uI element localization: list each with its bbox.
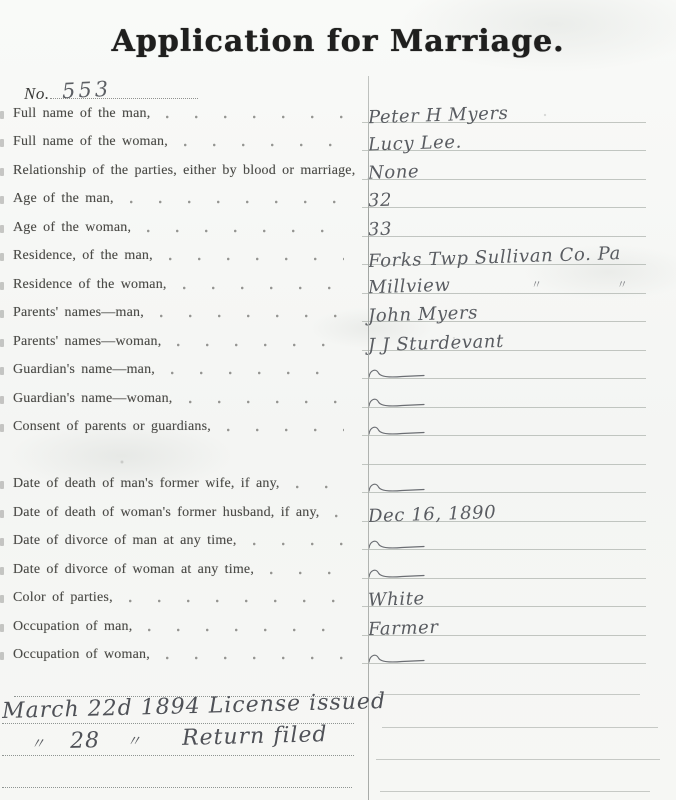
blank-flourish-mark <box>366 423 428 438</box>
footer-section: March 22d 1894 License issued 〃28〃Return… <box>0 672 676 800</box>
question-cell: Residence, of the man, <box>0 249 356 270</box>
ruled-line <box>380 791 650 792</box>
row-number-mark <box>0 109 13 121</box>
form-row: Relationship of the parties, either by b… <box>0 156 676 185</box>
page-title: Application for Marriage. <box>0 24 676 59</box>
answer-value: 33 <box>368 218 393 240</box>
answer-cell <box>356 413 676 442</box>
ditto-mark: 〃 <box>30 734 46 752</box>
field-label: Guardian's name—man, <box>13 363 155 377</box>
answer-ruled-line <box>362 464 646 465</box>
answer-cell: Lucy Lee. <box>356 128 676 157</box>
ruled-line <box>2 787 352 788</box>
answer-value: Lucy Lee. <box>368 132 463 156</box>
answer-cell <box>356 470 676 499</box>
dotted-leader <box>169 256 344 262</box>
blank-flourish-mark <box>366 480 428 495</box>
form-row: Date of divorce of man at any time, <box>0 527 676 556</box>
field-label: Occupation of man, <box>13 620 132 634</box>
question-cell: Guardian's name—woman, <box>0 392 356 413</box>
row-number-mark <box>0 251 13 263</box>
field-label: Full name of the woman, <box>13 135 168 149</box>
answer-value: J J Sturdevant <box>368 330 505 355</box>
field-label: Date of divorce of man at any time, <box>13 534 237 548</box>
form-row: Date of divorce of woman at any time, <box>0 555 676 584</box>
field-label: Date of divorce of woman at any time, <box>13 563 254 577</box>
answer-cell: None <box>356 156 676 185</box>
field-label: Date of death of woman's former husband,… <box>13 506 319 520</box>
form-row: Residence, of the man, Forks Twp Sulliva… <box>0 242 676 271</box>
answer-value: Dec 16, 1890 <box>368 501 497 526</box>
field-label: Consent of parents or guardians, <box>13 420 211 434</box>
form-row: Date of death of man's former wife, if a… <box>0 470 676 499</box>
question-cell: Relationship of the parties, either by b… <box>0 164 356 185</box>
row-number-mark <box>0 166 13 178</box>
form-row: Occupation of man, Farmer <box>0 612 676 641</box>
dotted-leader <box>166 655 344 661</box>
ditto-marks: 〃 〃 <box>531 276 628 292</box>
ruled-line <box>378 694 640 695</box>
form-row: Age of the man, 32 <box>0 185 676 214</box>
form-row: Parents' names—man, John Myers <box>0 299 676 328</box>
question-cell: Date of divorce of man at any time, <box>0 534 356 555</box>
question-cell: Occupation of woman, <box>0 648 356 669</box>
row-number-mark <box>0 137 13 149</box>
field-label: Occupation of woman, <box>13 648 150 662</box>
license-issued-note: March 22d 1894 License issued <box>2 689 387 724</box>
answer-value: None <box>368 161 420 184</box>
blank-flourish-mark <box>366 651 428 666</box>
answer-cell: Millview 〃 〃 <box>356 270 676 299</box>
dotted-leader <box>166 114 344 120</box>
dotted-leader <box>183 285 344 291</box>
dotted-leader <box>148 627 344 633</box>
answer-cell <box>356 441 676 470</box>
field-label: Residence of the woman, <box>13 278 167 292</box>
answer-cell: J J Sturdevant <box>356 327 676 356</box>
dotted-leader <box>189 399 345 405</box>
form-row: Full name of the woman, Lucy Lee. <box>0 128 676 157</box>
dotted-leader <box>171 370 344 376</box>
row-number-mark <box>0 650 13 662</box>
blank-flourish-mark <box>366 566 428 581</box>
form-row: Date of death of woman's former husband,… <box>0 498 676 527</box>
blank-flourish-mark <box>366 395 428 410</box>
field-label: Full name of the man, <box>13 107 150 121</box>
return-filed-note: 〃28〃Return filed <box>30 722 328 755</box>
dotted-leader <box>253 541 344 547</box>
row-number-mark <box>0 365 13 377</box>
dotted-leader <box>335 513 344 519</box>
answer-value: White <box>368 588 425 611</box>
answer-cell <box>356 641 676 670</box>
blank-flourish-mark <box>366 366 428 381</box>
answer-ruled-line <box>362 207 646 208</box>
form-row: Consent of parents or guardians, <box>0 413 676 442</box>
form-row: Age of the woman, 33 <box>0 213 676 242</box>
form-row: Occupation of woman, <box>0 641 676 670</box>
marriage-application-document: Application for Marriage. No.553 Full na… <box>0 0 676 800</box>
answer-cell: Farmer <box>356 612 676 641</box>
question-cell: Parents' names—woman, <box>0 335 356 356</box>
form-row: Parents' names—woman, J J Sturdevant <box>0 327 676 356</box>
answer-cell <box>356 356 676 385</box>
answer-cell <box>356 527 676 556</box>
question-cell: Full name of the woman, <box>0 135 356 156</box>
answer-value: Peter H Myers <box>368 102 509 127</box>
question-cell: Occupation of man, <box>0 620 356 641</box>
ditto-mark: 〃 <box>126 732 142 750</box>
return-filed-text: Return filed <box>182 722 328 751</box>
answer-value: John Myers <box>368 302 479 326</box>
form-row: Color of parties, White <box>0 584 676 613</box>
question-cell: Color of parties, <box>0 591 356 612</box>
question-cell: Date of death of man's former wife, if a… <box>0 477 356 498</box>
question-cell: Date of death of woman's former husband,… <box>0 506 356 527</box>
form-rows: Full name of the man, Peter H Myers Full… <box>0 99 676 669</box>
ruled-line <box>382 727 658 728</box>
row-number-mark <box>0 308 13 320</box>
form-row: Full name of the man, Peter H Myers <box>0 99 676 128</box>
dotted-leader <box>177 342 344 348</box>
row-number-mark <box>0 337 13 349</box>
field-label: Parents' names—woman, <box>13 335 161 349</box>
answer-cell <box>356 384 676 413</box>
answer-cell: Dec 16, 1890 <box>356 498 676 527</box>
application-number-line: 553 <box>50 80 198 99</box>
field-label: Age of the man, <box>13 192 114 206</box>
dotted-leader <box>296 484 344 490</box>
question-cell: Age of the man, <box>0 192 356 213</box>
field-label: Color of parties, <box>13 591 113 605</box>
answer-cell <box>356 555 676 584</box>
answer-cell: Peter H Myers <box>356 99 676 128</box>
answer-value: Millview <box>368 274 451 298</box>
field-label: Guardian's name—woman, <box>13 392 173 406</box>
dotted-leader <box>160 313 344 319</box>
question-cell: Full name of the man, <box>0 107 356 128</box>
row-number-mark <box>0 280 13 292</box>
answer-ruled-line <box>362 236 646 237</box>
question-cell: Residence of the woman, <box>0 278 356 299</box>
dotted-leader <box>270 570 344 576</box>
answer-value: Forks Twp Sullivan Co. Pa <box>368 243 622 272</box>
row-number-mark <box>0 622 13 634</box>
dotted-leader <box>227 427 344 433</box>
field-label: Date of death of man's former wife, if a… <box>13 477 280 491</box>
row-number-mark <box>0 536 13 548</box>
dotted-leader <box>147 228 344 234</box>
dotted-leader <box>130 199 344 205</box>
field-label: Relationship of the parties, either by b… <box>13 164 355 178</box>
form-row: Guardian's name—woman, <box>0 384 676 413</box>
row-number-mark <box>0 508 13 520</box>
ruled-line <box>376 759 660 760</box>
row-number-mark <box>0 394 13 406</box>
field-label: Age of the woman, <box>13 221 131 235</box>
answer-cell: 33 <box>356 213 676 242</box>
question-cell: Parents' names—man, <box>0 306 356 327</box>
blank-flourish-mark <box>366 537 428 552</box>
ruled-line <box>2 755 354 756</box>
row-number-mark <box>0 451 13 463</box>
question-cell <box>0 451 356 470</box>
answer-cell: John Myers <box>356 299 676 328</box>
answer-cell: Forks Twp Sullivan Co. Pa <box>356 242 676 271</box>
row-number-mark <box>0 593 13 605</box>
dotted-leader <box>129 598 344 604</box>
row-number-mark <box>0 223 13 235</box>
question-cell: Age of the woman, <box>0 221 356 242</box>
row-number-mark <box>0 565 13 577</box>
answer-value: Farmer <box>368 616 439 639</box>
return-day: 28 <box>70 728 101 754</box>
question-cell: Consent of parents or guardians, <box>0 420 356 441</box>
answer-value: 32 <box>368 190 393 212</box>
field-label: Residence, of the man, <box>13 249 153 263</box>
answer-cell: 32 <box>356 185 676 214</box>
field-label: Parents' names—man, <box>13 306 144 320</box>
row-number-mark <box>0 422 13 434</box>
question-cell: Guardian's name—man, <box>0 363 356 384</box>
form-row <box>0 441 676 470</box>
answer-cell: White <box>356 584 676 613</box>
row-number-mark <box>0 194 13 206</box>
form-row: Guardian's name—man, <box>0 356 676 385</box>
form-row: Residence of the woman, Millview 〃 〃 <box>0 270 676 299</box>
row-number-mark <box>0 479 13 491</box>
question-cell: Date of divorce of woman at any time, <box>0 563 356 584</box>
dotted-leader <box>184 142 344 148</box>
